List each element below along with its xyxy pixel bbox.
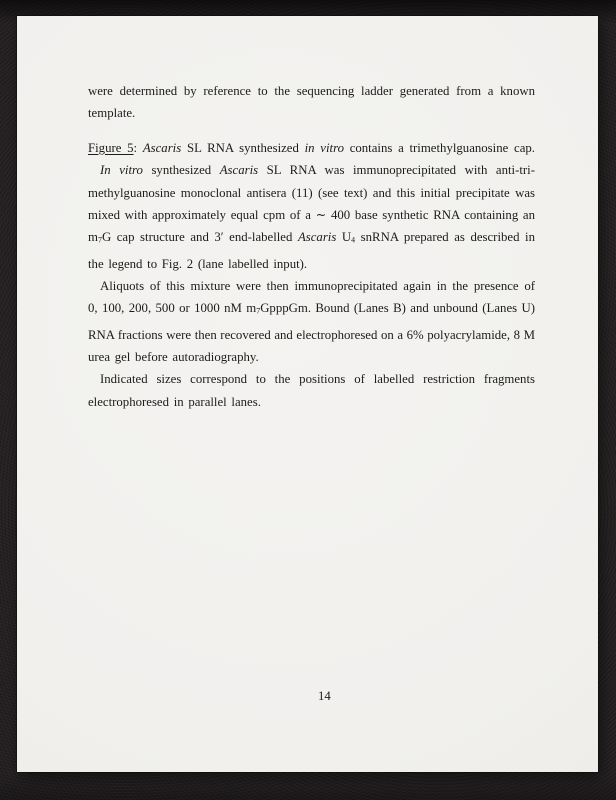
text-run: U	[336, 230, 351, 244]
text-run: m	[88, 230, 98, 244]
text-line: 0, 100, 200, 500 or 1000 nM m7GpppGm. Bo…	[88, 297, 535, 323]
text-line: were determined by reference to the sequ…	[88, 80, 535, 102]
text-run: urea gel before autoradiography.	[88, 350, 259, 364]
text-line: urea gel before autoradiography.	[88, 346, 535, 368]
legend-paragraph-2: Aliquots of this mixture were then immun…	[88, 275, 535, 368]
text-line: methylguanosine monoclonal antisera (11)…	[88, 182, 535, 204]
text-run: Aliquots of this mixture were then immun…	[100, 279, 535, 293]
text-line: electrophoresed in parallel lanes.	[88, 391, 535, 413]
text-line: RNA fractions were then recovered and el…	[88, 324, 535, 346]
text-run: synthesized	[143, 163, 220, 177]
text-run: Indicated sizes correspond to the positi…	[100, 372, 535, 386]
text-line: template.	[88, 102, 535, 124]
italic-text: Ascaris	[298, 230, 336, 244]
legend-paragraph-1: In vitro synthesized Ascaris SL RNA was …	[88, 159, 535, 275]
text-run: RNA fractions were then recovered and el…	[88, 328, 535, 342]
text-run: :	[134, 141, 143, 155]
text-run: GpppGm. Bound (Lanes B) and unbound (Lan…	[260, 301, 535, 315]
page-text: were determined by reference to the sequ…	[88, 80, 535, 413]
page-number: 14	[318, 689, 331, 703]
text-line: Figure 5: Ascaris SL RNA synthesized in …	[88, 137, 535, 159]
italic-text: Ascaris	[220, 163, 258, 177]
text-line: Aliquots of this mixture were then immun…	[88, 275, 535, 297]
text-run: contains a trimethylguanosine cap.	[344, 141, 535, 155]
figure-5-caption: Figure 5: Ascaris SL RNA synthesized in …	[88, 137, 535, 159]
text-run: SL RNA synthesized	[181, 141, 304, 155]
text-run: the legend to Fig. 2 (lane labelled inpu…	[88, 257, 307, 271]
text-line: the legend to Fig. 2 (lane labelled inpu…	[88, 253, 535, 275]
text-run: were determined by reference to the sequ…	[88, 84, 535, 98]
underlined-text: Figure 5	[88, 141, 134, 155]
text-run: 0, 100, 200, 500 or 1000 nM m	[88, 301, 256, 315]
legend-paragraph-3: Indicated sizes correspond to the positi…	[88, 368, 535, 413]
manuscript-page: were determined by reference to the sequ…	[17, 16, 598, 772]
text-run: SL RNA was immunoprecipitated with anti-…	[258, 163, 535, 177]
text-line: Indicated sizes correspond to the positi…	[88, 368, 535, 390]
text-run: methylguanosine monoclonal antisera (11)…	[88, 186, 535, 200]
scan-background: were determined by reference to the sequ…	[0, 0, 616, 800]
text-run: mixed with approximately equal cpm of a …	[88, 208, 535, 222]
text-run: G cap structure and 3′ end-labelled	[102, 230, 298, 244]
text-line: mixed with approximately equal cpm of a …	[88, 204, 535, 226]
text-run: template.	[88, 106, 135, 120]
text-line: m7G cap structure and 3′ end-labelled As…	[88, 226, 535, 252]
text-line: In vitro synthesized Ascaris SL RNA was …	[88, 159, 535, 181]
italic-text: in vitro	[305, 141, 344, 155]
text-run: snRNA prepared as described in	[355, 230, 535, 244]
text-run: electrophoresed in parallel lanes.	[88, 395, 261, 409]
italic-text: Ascaris	[143, 141, 181, 155]
continuation-paragraph: were determined by reference to the sequ…	[88, 80, 535, 125]
italic-text: In vitro	[100, 163, 143, 177]
